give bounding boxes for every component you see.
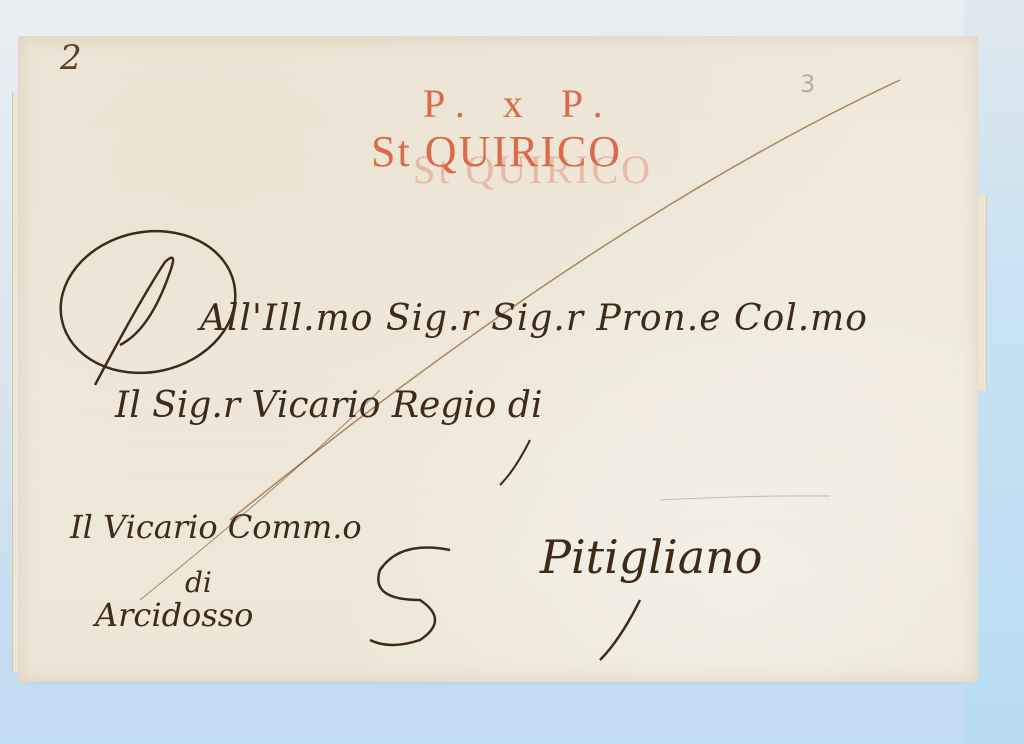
address-line-2: Il Sig.r Vicario Regio di <box>115 385 542 426</box>
postmark-top-line: P. x P. <box>423 80 617 127</box>
sender-line-1: Il Vicario Comm.o <box>70 508 362 546</box>
pencil-reference: 3 <box>800 70 815 98</box>
postmark-town: St QUIRICO <box>371 126 622 177</box>
corner-number: 2 <box>60 38 82 78</box>
postmark: P. x P. St QUIRICO St QUIRICO <box>365 80 745 210</box>
sender-line-2: di <box>185 566 212 599</box>
sender-line-3: Arcidosso <box>95 596 253 634</box>
destination: Pitigliano <box>540 530 762 584</box>
address-line-1: All'Ill.mo Sig.r Sig.r Pron.e Col.mo <box>200 298 868 339</box>
